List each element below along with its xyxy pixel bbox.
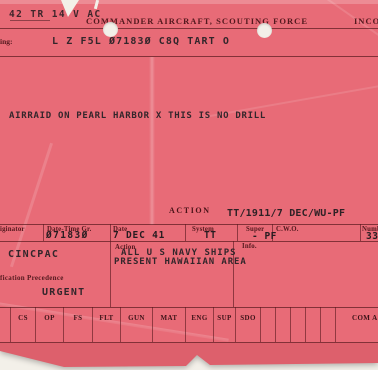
scanned-telegram-screenshot: 42 TR 14 V AC COMMANDER AIRCRAFT, SCOUTI… [0, 0, 378, 370]
crease-vertical [149, 57, 155, 225]
supervisor-value: - PF [252, 231, 277, 242]
rule-routing-bottom [0, 342, 378, 343]
originator-label: iginator [0, 226, 25, 233]
vrule-addressee-left [110, 241, 111, 307]
routing-box-op: OP [35, 307, 63, 342]
form-title: COMMANDER AIRCRAFT, SCOUTING FORCE [86, 16, 308, 26]
top-tear-slash [94, 0, 99, 9]
vrule-table-2 [110, 224, 111, 241]
punch-hole-left [103, 22, 118, 37]
vrule-table-6 [360, 224, 361, 241]
system-value: TT [204, 230, 216, 241]
originator-value: CINCPAC [8, 249, 59, 260]
date-value: 7 DEC 41 [113, 230, 165, 241]
stamp-underline [10, 20, 50, 21]
rule-under-heading-row [0, 56, 378, 57]
routing-box-flt: FLT [92, 307, 120, 342]
routing-box-empty [290, 307, 305, 342]
routing-box-sdo: SDO [235, 307, 260, 342]
top-edge-highlight [0, 0, 378, 4]
routing-box-fs: FS [63, 307, 92, 342]
routing-box-empty [0, 307, 10, 342]
rule-table-mid [0, 241, 378, 242]
message-text: AIRRAID ON PEARL HARBOR X THIS IS NO DRI… [9, 111, 266, 121]
info-addressee-label: Info. [242, 243, 257, 250]
bottom-tint [0, 343, 378, 370]
routing-box-cs: CS [10, 307, 35, 342]
action-section-header: ACTION [169, 206, 211, 215]
vrule-table-1 [43, 224, 44, 241]
incoming-label: INCO [354, 16, 378, 26]
precedence-value: URGENT [42, 287, 85, 298]
heading-label: ing: [0, 37, 13, 46]
cwo-label: C.W.O. [276, 226, 299, 233]
routing-box-empty [275, 307, 290, 342]
action-addressee-line2: PRESENT HAWAIIAN AREA [114, 257, 247, 267]
paper-shadow-wrap: 42 TR 14 V AC COMMANDER AIRCRAFT, SCOUTI… [0, 0, 378, 370]
vrule-table-4 [237, 224, 238, 241]
punch-hole-right [257, 23, 272, 38]
routing-box-empty [305, 307, 320, 342]
routing-box-eng: ENG [185, 307, 213, 342]
routing-row: CSOPFSFLTGUNMATENGSUPSDOCOM A [0, 307, 378, 342]
routing-stamp: TT/1911/7 DEC/WU-PF [227, 208, 345, 219]
precedence-label: fication Precedence [0, 274, 64, 282]
routing-box-mat: MAT [152, 307, 185, 342]
telegram-form-paper: 42 TR 14 V AC COMMANDER AIRCRAFT, SCOUTI… [0, 0, 378, 370]
vrule-table-3 [185, 224, 186, 241]
number-value: 338 [366, 231, 378, 242]
routing-box-sup: SUP [213, 307, 235, 342]
routing-box-empty [320, 307, 335, 342]
routing-box-com-a: COM A [335, 307, 378, 342]
routing-box-empty [260, 307, 275, 342]
routing-box-gun: GUN [120, 307, 152, 342]
heading-value: L Z F5L Ø7183Ø C8Q TART O [52, 36, 230, 47]
date-time-group-value: Ø7183Ø [46, 230, 89, 241]
rule-table-top [0, 224, 378, 225]
rule-under-header [0, 28, 378, 29]
